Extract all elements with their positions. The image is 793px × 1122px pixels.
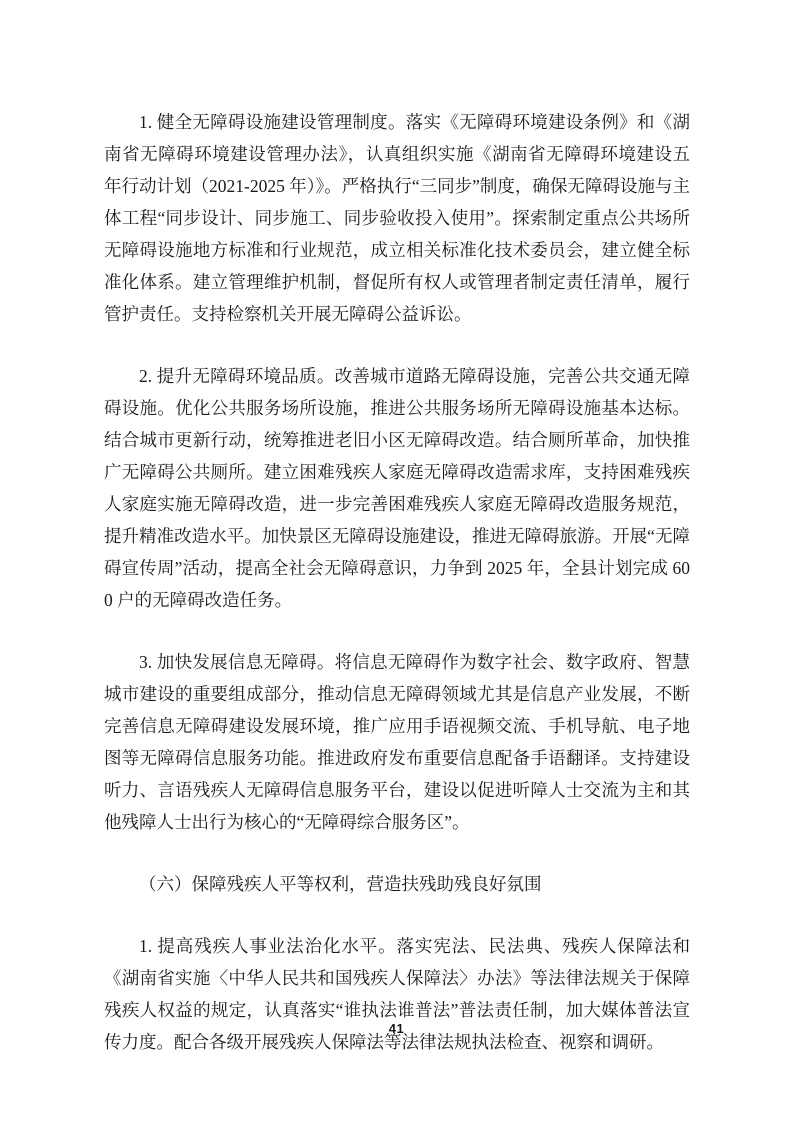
paragraph-legal-protection: 1. 提高残疾人事业法治化水平。落实宪法、民法典、残疾人保障法和《湖南省实施〈中… [104, 930, 690, 1058]
document-body: 1. 健全无障碍设施建设管理制度。落实《无障碍环境建设条例》和《湖南省无障碍环境… [104, 106, 690, 1058]
paragraph-environment-quality: 2. 提升无障碍环境品质。改善城市道路无障碍设施，完善公共交通无障碍设施。优化公… [104, 360, 690, 616]
section-heading-six: （六）保障残疾人平等权利，营造扶残助残良好氛围 [104, 868, 690, 900]
paragraph-accessibility-management: 1. 健全无障碍设施建设管理制度。落实《无障碍环境建设条例》和《湖南省无障碍环境… [104, 106, 690, 330]
page-number: 41 [0, 1021, 793, 1036]
paragraph-information-accessibility: 3. 加快发展信息无障碍。将信息无障碍作为数字社会、数字政府、智慧城市建设的重要… [104, 646, 690, 838]
document-page: 1. 健全无障碍设施建设管理制度。落实《无障碍环境建设条例》和《湖南省无障碍环境… [0, 0, 793, 1122]
